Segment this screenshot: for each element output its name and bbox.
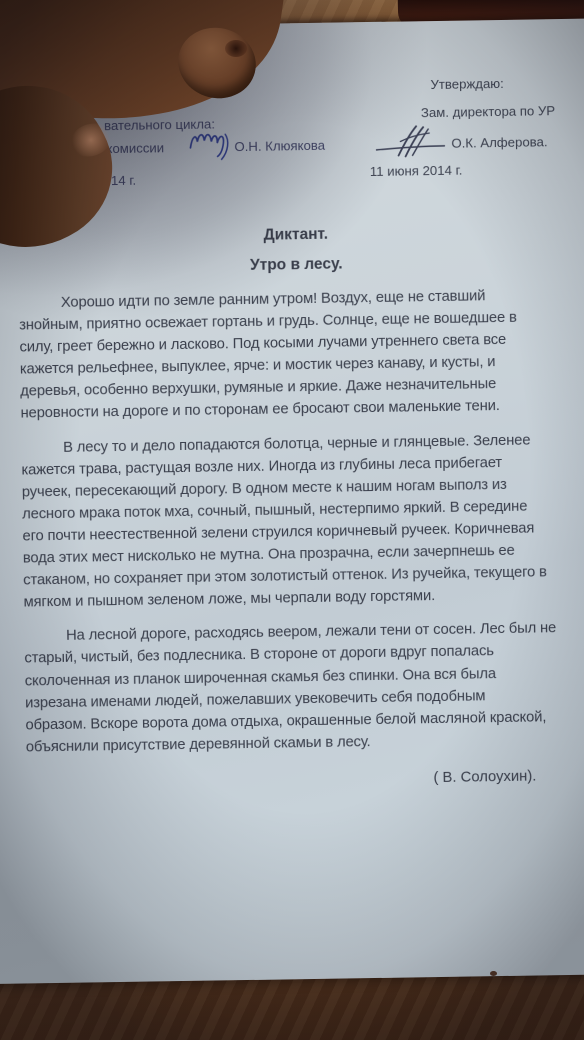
photo-of-dictation-document: вательного цикла: атель комиссии О.Н. Кл… <box>0 0 584 1040</box>
paper-edge-speck <box>490 971 497 976</box>
dictation-paragraph: В лесу то и дело попадаются болотца, чер… <box>21 428 580 613</box>
dictation-body: Диктант. Утро в лесу. Хорошо идти по зем… <box>18 221 583 793</box>
dictation-paragraph: На лесной дороге, расходясь веером, лежа… <box>24 617 582 758</box>
document-content: вательного цикла: атель комиссии О.Н. Кл… <box>0 18 584 985</box>
document-title: Диктант. <box>18 221 574 250</box>
author-attribution: ( В. Солоухин). <box>26 768 582 793</box>
chair-signature-icon <box>187 125 234 162</box>
header-right-approval-label: Утверждаю: <box>430 76 504 92</box>
header-right-position-label: Зам. директора по УР <box>421 103 555 120</box>
dictation-paragraph: Хорошо идти по земле ранним утром! Возду… <box>19 284 577 425</box>
header-left-chair-fragment: атель комиссии <box>57 140 164 157</box>
header-right-date: 11 июня 2014 г. <box>370 163 463 179</box>
header-right-approver-name: О.К. Алферова. <box>451 134 547 151</box>
header-left-chair-name: О.Н. Клюякова <box>234 138 325 154</box>
paper-sheet: вательного цикла: атель комиссии О.Н. Кл… <box>0 18 584 985</box>
header-left-date: » июня 2014 г. <box>50 173 136 189</box>
document-subtitle: Утро в лесу. <box>18 251 574 280</box>
